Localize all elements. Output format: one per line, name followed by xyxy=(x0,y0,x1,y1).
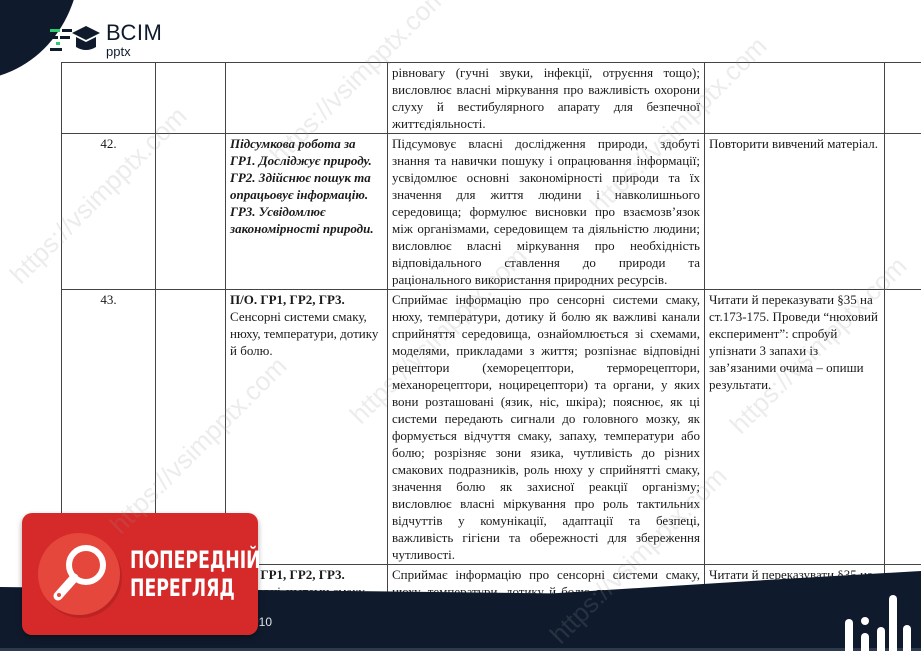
table-row: рівновагу (гучні звуки, інфекції, отруєн… xyxy=(62,63,921,134)
expected-results: Підсумовує власні дослідження природи, з… xyxy=(388,134,705,290)
note-cell xyxy=(885,63,921,134)
expected-results: рівновагу (гучні звуки, інфекції, отруєн… xyxy=(388,63,705,134)
topic-cell: Підсумкова робота за ГР1. Досліджує прир… xyxy=(226,134,388,290)
blank-cell xyxy=(156,134,226,290)
note-cell xyxy=(885,290,921,565)
graduation-cap-icon xyxy=(46,23,102,57)
lesson-number: 42. xyxy=(62,134,156,290)
table-row: 42. Підсумкова робота за ГР1. Досліджує … xyxy=(62,134,921,290)
lesson-number xyxy=(62,63,156,134)
logo-brand: ВСІМ xyxy=(106,22,162,44)
equalizer-bars-icon xyxy=(843,591,913,651)
topic-title: Сенсорні системи смаку, нюху, температур… xyxy=(230,308,383,359)
site-logo[interactable]: ВСІМ pptx xyxy=(46,22,162,58)
homework xyxy=(705,63,885,134)
topic-cell xyxy=(226,63,388,134)
preview-line-1: ПОПЕРЕДНІЙ xyxy=(130,546,261,574)
preview-badge[interactable]: ПОПЕРЕДНІЙ ПЕРЕГЛЯД xyxy=(22,513,258,635)
note-cell xyxy=(885,134,921,290)
topic-title: Підсумкова робота за ГР1. Досліджує прир… xyxy=(230,136,374,236)
blank-cell xyxy=(156,63,226,134)
logo-sub: pptx xyxy=(106,45,162,58)
expected-results: Сприймає інформацію про сенсорні системи… xyxy=(388,290,705,565)
homework: Повторити вивчений матеріал. xyxy=(705,134,885,290)
homework: Читати й переказувати §35 на ст.173-175.… xyxy=(705,290,885,565)
topic-groups: П/О. ГР1, ГР2, ГР3. xyxy=(230,291,383,308)
preview-line-2: ПЕРЕГЛЯД xyxy=(130,574,261,602)
magnifier-icon xyxy=(38,533,120,615)
